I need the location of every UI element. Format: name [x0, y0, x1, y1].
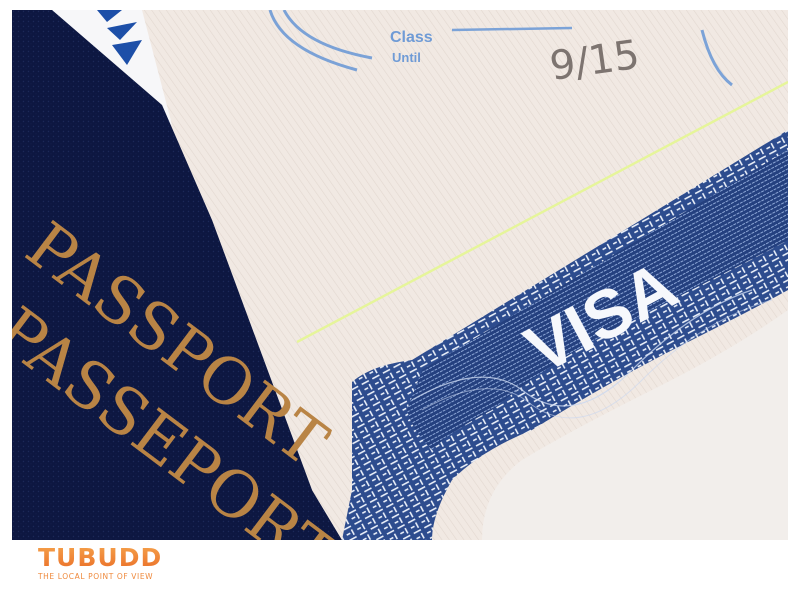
logo-wordmark: TUBUDD: [38, 545, 162, 571]
passport-visa-photo: PASSPORT PASSEPORT VISA Class Until: [12, 10, 788, 540]
svg-text:Class: Class: [390, 29, 433, 46]
logo-tagline: THE LOCAL POINT OF VIEW: [38, 572, 162, 581]
tubudd-logo[interactable]: TUBUDD THE LOCAL POINT OF VIEW: [38, 545, 162, 581]
svg-text:Until: Until: [392, 50, 421, 65]
